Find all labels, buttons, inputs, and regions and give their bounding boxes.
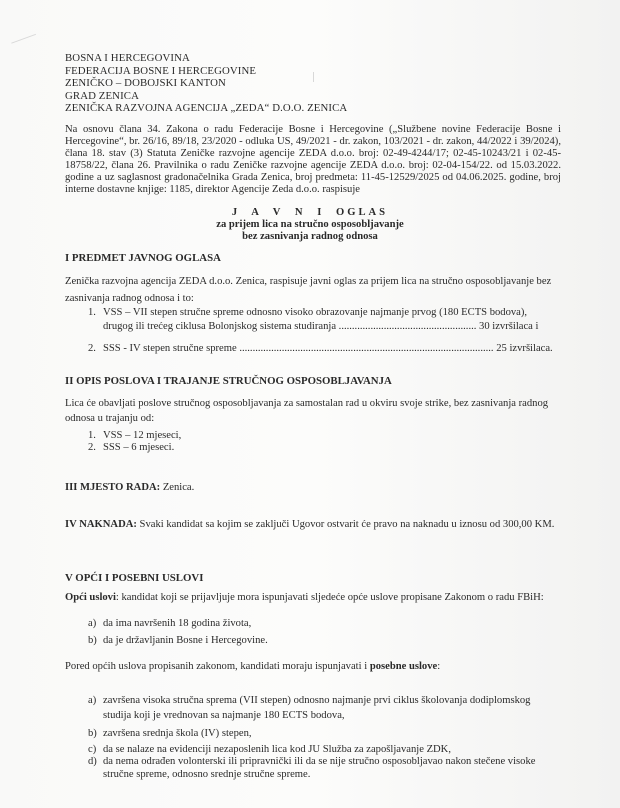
section-heading-subject: I PREDMET JAVNOG OGLASA [65, 252, 221, 264]
list-item: d) da nema odrađen volonterski ili pripr… [88, 755, 558, 783]
document-title: J A V N I OGLAS za prijem lica na stručn… [0, 207, 620, 243]
workplace-value: Zenica. [160, 482, 194, 493]
section-description-text: Lica će obavljati poslove stručnog ospos… [65, 396, 561, 426]
special-conditions-intro: Pored općih uslova propisanih zakonom, k… [65, 659, 561, 675]
section-workplace: III MJESTO RADA: Zenica. [65, 480, 561, 496]
special-conditions-label: posebne uslove [370, 661, 437, 672]
list-item: 2. SSS - IV stepen stručne spreme ......… [88, 342, 558, 356]
section-compensation: IV NAKNADA: Svaki kandidat sa kojim se z… [65, 517, 561, 532]
scan-mark [11, 34, 39, 51]
compensation-text: Svaki kandidat sa kojim se zaključi Ugov… [137, 519, 555, 530]
title-sub: bez zasnivanja radnog odnosa [0, 231, 620, 243]
section-heading-conditions: V OPĆI I POSEBNI USLOVI [65, 572, 203, 584]
general-conditions-text: Opći uslovi: kandidat koji se prijavljuj… [65, 590, 561, 606]
section-heading-workplace: III MJESTO RADA: [65, 482, 160, 493]
scanned-document-page: BOSNA I HERCEGOVINA FEDERACIJA BOSNE I H… [0, 0, 620, 808]
section-subject-text: Zenička razvojna agencija ZEDA d.o.o. Ze… [65, 273, 561, 307]
letterhead-line: ZENIČKA RAZVOJNA AGENCIJA „ZEDA“ D.O.O. … [65, 102, 347, 115]
letterhead-line: FEDERACIJA BOSNE I HERCEGOVINE [65, 65, 347, 78]
list-item: a) da ima navršenih 18 godina života, [88, 617, 558, 631]
section-heading-description: II OPIS POSLOVA I TRAJANJE STRUČNOG OSPO… [65, 375, 392, 387]
general-conditions-label: Opći uslovi [65, 592, 116, 603]
legal-basis-paragraph: Na osnovu člana 34. Zakona o radu Federa… [65, 124, 561, 197]
letterhead-line: BOSNA I HERCEGOVINA [65, 52, 347, 65]
document-letterhead: BOSNA I HERCEGOVINA FEDERACIJA BOSNE I H… [65, 52, 347, 115]
list-item: a) završena visoka stručna sprema (VII s… [88, 693, 558, 723]
title-main: J A V N I OGLAS [0, 207, 620, 219]
list-item: 2. SSS – 6 mjeseci. [88, 441, 558, 454]
list-item: 1. VSS – VII stepen stručne spreme odnos… [88, 306, 558, 334]
list-item: b) završena srednja škola (IV) stepen, [88, 727, 558, 741]
letterhead-line: ZENIČKO – DOBOJSKI KANTON [65, 77, 347, 90]
list-item: b) da je državljanin Bosne i Hercegovine… [88, 634, 558, 648]
section-heading-compensation: IV NAKNADA: [65, 519, 137, 530]
letterhead-line: GRAD ZENICA [65, 90, 347, 103]
title-sub: za prijem lica na stručno osposobljavanj… [0, 219, 620, 231]
